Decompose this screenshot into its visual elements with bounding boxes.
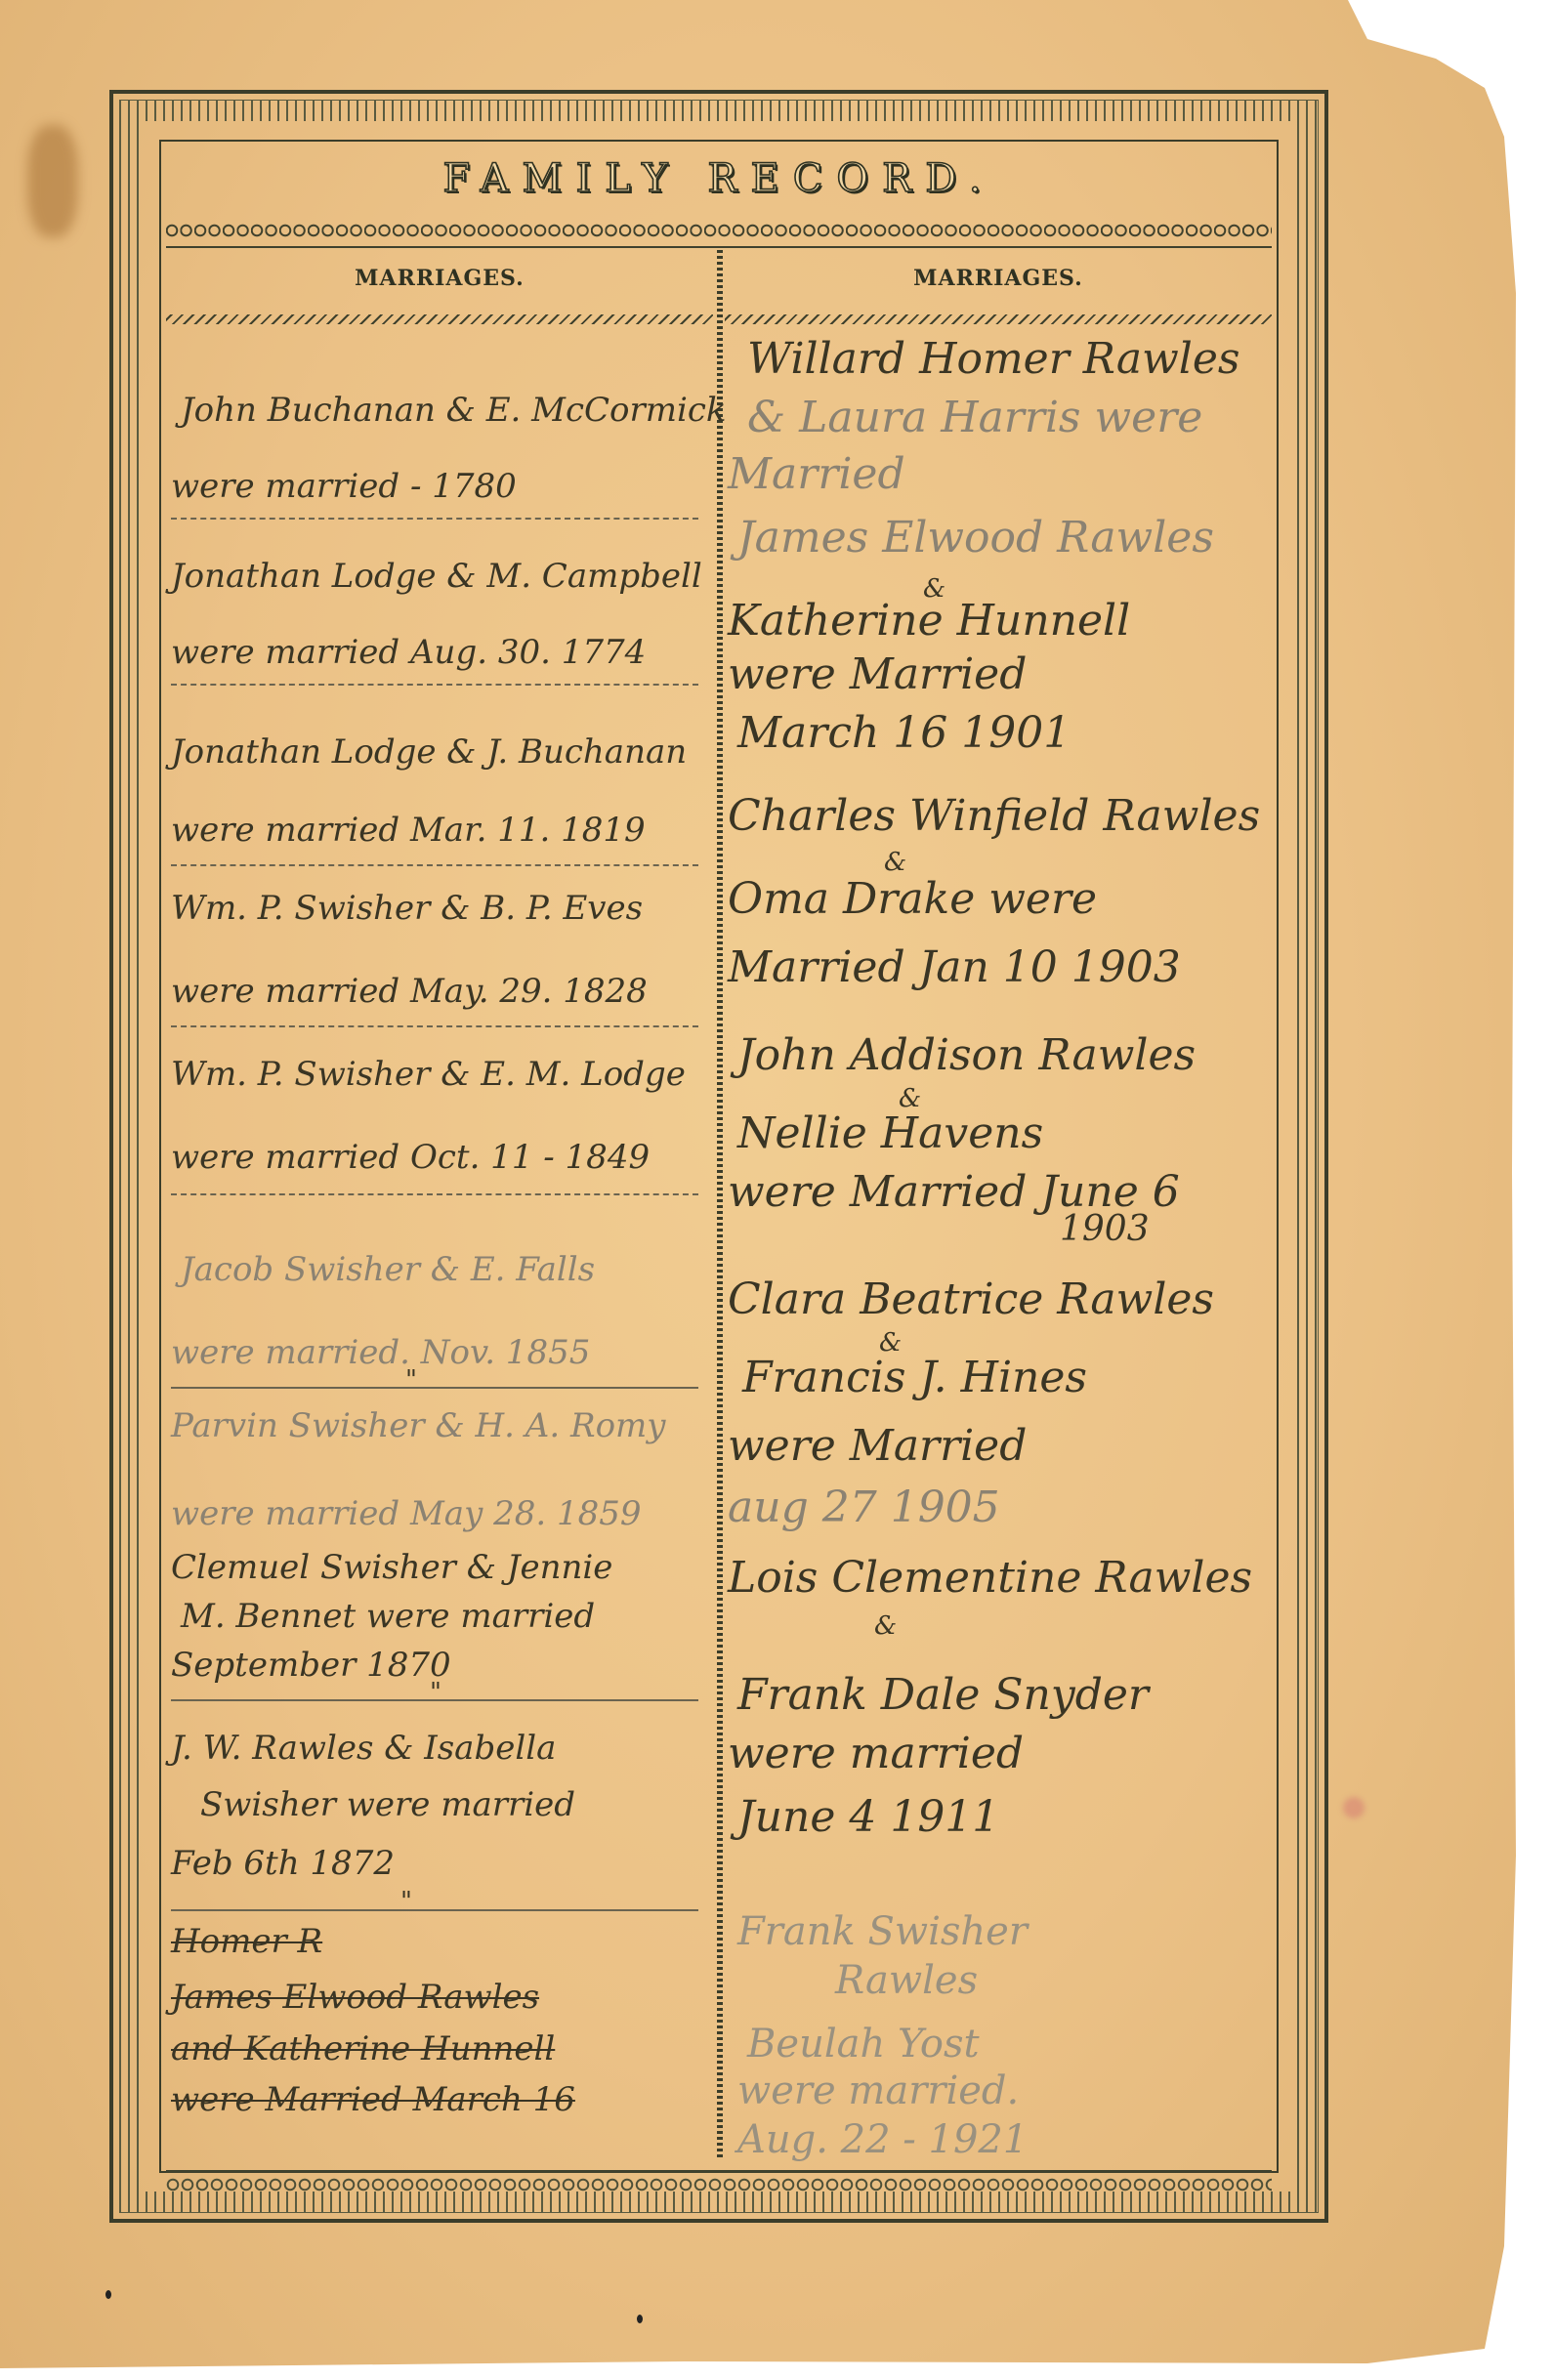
entry-line: were married Oct. 11 - 1849 <box>171 1138 650 1177</box>
entry-line: Jonathan Lodge & M. Campbell <box>171 557 702 596</box>
entry-line: Clemuel Swisher & Jennie <box>171 1548 612 1587</box>
entry-line: June 4 1911 <box>737 1792 999 1842</box>
entry-line: Wm. P. Swisher & E. M. Lodge <box>171 1055 686 1094</box>
age-stain <box>27 125 78 237</box>
entry-line: March 16 1901 <box>737 708 1071 758</box>
ditto-mark: " <box>430 1678 441 1707</box>
entry-line: were married May 28. 1859 <box>171 1494 642 1533</box>
entry-divider <box>171 1025 698 1027</box>
entry-line: were Married <box>728 1421 1027 1471</box>
entry-line: Nellie Havens <box>737 1108 1043 1158</box>
ink-speck <box>105 2290 111 2299</box>
ink-speck <box>637 2315 643 2323</box>
entry-line: 1903 <box>1060 1209 1150 1249</box>
title-ornament-rule <box>166 246 1272 248</box>
entry-line: Jacob Swisher & E. Falls <box>181 1250 595 1289</box>
entry-line: Homer R <box>171 1922 322 1961</box>
entry-line: Charles Winfield Rawles <box>728 791 1260 841</box>
entry-divider <box>171 518 698 520</box>
entry-divider <box>171 684 698 686</box>
left-column-header: MARRIAGES. <box>166 266 713 291</box>
left-header-wavy-rule <box>166 314 713 324</box>
ditto-mark: " <box>405 1365 417 1395</box>
entry-line: were married. Nov. 1855 <box>171 1333 590 1372</box>
entry-line: Swisher were married <box>200 1785 575 1824</box>
entry-line: and Katherine Hunnell <box>171 2029 555 2068</box>
entry-line: Wm. P. Swisher & B. P. Eves <box>171 889 643 928</box>
entry-line: Married Jan 10 1903 <box>728 942 1181 992</box>
title-ornament-row <box>166 223 1272 244</box>
entry-divider <box>171 1193 698 1195</box>
entry-line: were married Aug. 30. 1774 <box>171 633 646 672</box>
entry-line: Beulah Yost <box>747 2022 980 2067</box>
bottom-ornament-row <box>166 2170 1272 2200</box>
entry-line: & Laura Harris were <box>747 393 1202 442</box>
entry-line: Francis J. Hines <box>742 1353 1087 1402</box>
ampersand: & <box>884 848 906 877</box>
entry-line: were married. <box>737 2068 1019 2113</box>
right-column-header: MARRIAGES. <box>725 266 1272 291</box>
entry-line: Feb 6th 1872 <box>171 1844 395 1883</box>
entry-line: Aug. 22 - 1921 <box>737 2117 1028 2162</box>
ink-spot <box>1343 1797 1365 1818</box>
entry-line: Willard Homer Rawles <box>747 334 1239 384</box>
entry-line: Married <box>728 449 905 499</box>
entry-line: Clara Beatrice Rawles <box>728 1274 1214 1324</box>
entry-line: Rawles <box>835 1958 978 2003</box>
entry-line: aug 27 1905 <box>728 1482 1000 1532</box>
entry-divider <box>171 864 698 866</box>
entry-line: were Married March 16 <box>171 2080 575 2119</box>
entry-line: Oma Drake were <box>728 874 1097 924</box>
entry-line: were married <box>728 1729 1024 1778</box>
entry-line: Katherine Hunnell <box>728 596 1130 646</box>
right-header-wavy-rule <box>725 314 1272 324</box>
entry-divider <box>171 1387 698 1389</box>
entry-line: Parvin Swisher & H. A. Romy <box>171 1406 665 1445</box>
entry-line: were Married <box>728 649 1027 699</box>
entry-line: James Elwood Rawles <box>171 1978 539 2017</box>
entry-line: were married Mar. 11. 1819 <box>171 811 646 850</box>
entry-line: Lois Clementine Rawles <box>728 1553 1252 1603</box>
entry-line: Frank Swisher <box>737 1909 1028 1954</box>
entry-line: were married - 1780 <box>171 467 517 506</box>
ampersand: & <box>874 1611 897 1641</box>
entry-line: M. Bennet were married <box>181 1597 595 1636</box>
column-divider <box>717 250 723 2159</box>
ditto-mark: " <box>400 1887 412 1916</box>
entry-line: were married May. 29. 1828 <box>171 972 648 1011</box>
entry-line: John Addison Rawles <box>737 1030 1196 1080</box>
page-title: FAMILY RECORD. <box>159 156 1279 201</box>
entry-line: Jonathan Lodge & J. Buchanan <box>171 732 687 772</box>
entry-line: James Elwood Rawles <box>737 513 1214 563</box>
entry-line: J. W. Rawles & Isabella <box>171 1729 556 1768</box>
entry-line: September 1870 <box>171 1646 451 1685</box>
entry-line: John Buchanan & E. McCormick <box>181 391 727 430</box>
entry-divider <box>171 1909 698 1911</box>
entry-line: Frank Dale Snyder <box>737 1670 1149 1720</box>
